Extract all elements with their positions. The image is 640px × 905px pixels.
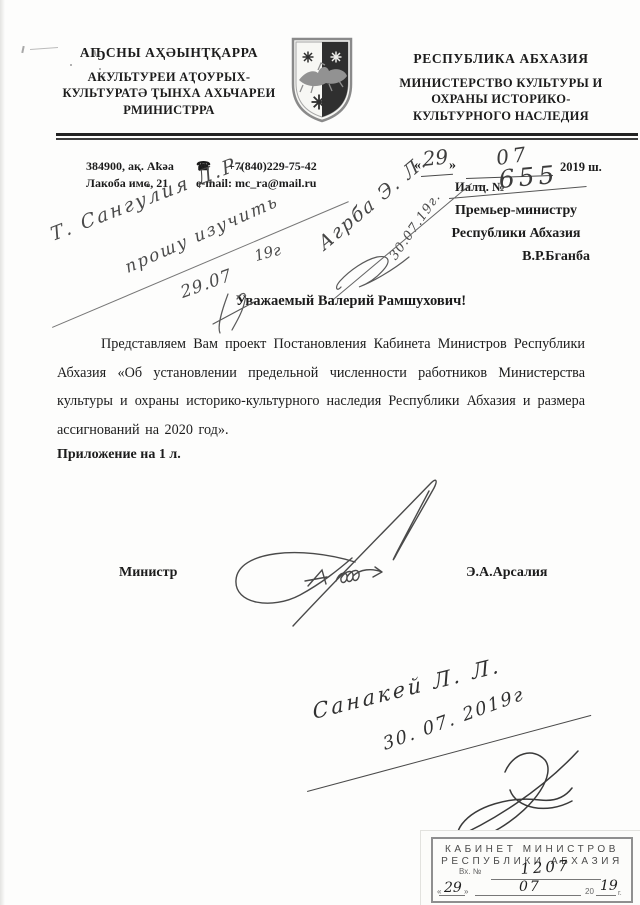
stamp-month-underline: [475, 895, 581, 896]
pen-mark: [21, 46, 24, 53]
stamp-year-suffix: г.: [618, 890, 622, 897]
scan-edge-artifact: [0, 0, 5, 905]
date-year: 2019 ш.: [560, 160, 602, 175]
stamp-year: 19: [600, 878, 618, 894]
signer-title: Министр: [119, 565, 177, 581]
registration-stamp: КАБИНЕТ МИНИСТРОВ РЕСПУБЛИКИ АБХАЗИЯ Вх.…: [431, 837, 633, 903]
letterhead-left: АҦСНЫ АҲӘЫНҬҚАРРА АКУЛЬТУРЕИ АҬОУРЫХ- КУ…: [48, 44, 290, 118]
stamp-org-line1: КАБИНЕТ МИНИСТРОВ: [433, 844, 631, 856]
resolution1-date-year: 19г: [252, 241, 282, 265]
stamp-in-underline: [491, 879, 601, 880]
addressee-block: Премьер-министру Республики Абхазия В.Р.…: [438, 199, 594, 268]
header-divider-rule: [56, 133, 638, 140]
stamp-day-underline: [439, 895, 465, 896]
country-name-russian: РЕСПУБЛИКА АБХАЗИЯ: [378, 50, 624, 68]
ministry-name-abkhaz-line2: КУЛЬТУРАТӘ ҬЫНХА АХЬЧАРЕИ: [48, 85, 290, 102]
stamp-day: 29: [444, 880, 462, 896]
ministry-name-abkhaz-line1: АКУЛЬТУРЕИ АҬОУРЫХ-: [48, 69, 290, 86]
stamp-month: 07: [519, 879, 541, 895]
stamp-year-underline: [596, 895, 616, 896]
addressee-line3: В.Р.Бганба: [438, 245, 594, 268]
body-paragraph: Представляем Вам проект Постановления Ка…: [57, 330, 585, 444]
letterhead-right: РЕСПУБЛИКА АБХАЗИЯ МИНИСТЕРСТВО КУЛЬТУРЫ…: [378, 50, 624, 124]
stamp-year-prefix: 20: [585, 887, 594, 896]
resolution2-date: 30.07.19г.: [387, 190, 444, 263]
addressee-line1: Премьер-министру: [438, 199, 594, 222]
ministry-name-russian-line2: ОХРАНЫ ИСТОРИКО-: [378, 91, 624, 108]
date-day-underline: [421, 174, 453, 177]
address-line-1: 384900, ақ. Аҟәа: [86, 158, 174, 175]
ministry-name-russian-line3: КУЛЬТУРНОГО НАСЛЕДИЯ: [378, 108, 624, 125]
attachment-note: Приложение на 1 л.: [57, 447, 181, 463]
stamp-in-label: Вх. №: [459, 867, 481, 876]
stamp-label: КАБИНЕТ МИНИСТРОВ РЕСПУБЛИКИ АБХАЗИЯ Вх.…: [420, 830, 640, 905]
addressee-line2: Республики Абхазия: [438, 222, 594, 245]
country-name-abkhaz: АҦСНЫ АҲӘЫНҬҚАРРА: [48, 44, 290, 62]
salutation: Уважаемый Валерий Рамшухович!: [160, 293, 542, 310]
ministry-name-russian-line1: МИНИСТЕРСТВО КУЛЬТУРЫ И: [378, 75, 624, 92]
ministry-name-abkhaz-line3: РМИНИСТРРА: [48, 102, 290, 119]
signer-name: Э.А.Арсалия: [466, 565, 548, 581]
date-close-quote: »: [449, 158, 456, 174]
scanned-letter-page: АҦСНЫ АҲӘЫНҬҚАРРА АКУЛЬТУРЕИ АҬОУРЫХ- КУ…: [0, 0, 640, 905]
stamp-in-number: 1207: [520, 857, 571, 878]
coat-of-arms-icon: [289, 36, 355, 124]
